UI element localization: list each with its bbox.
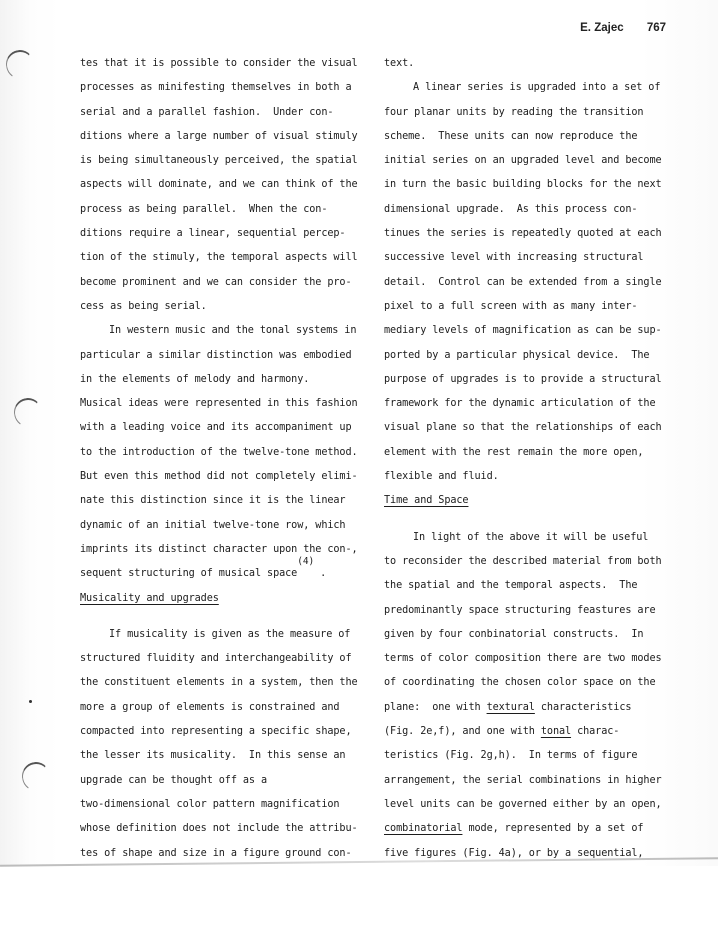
header-author: E. Zajec: [580, 22, 623, 34]
text-span: mode, represented by a set of: [462, 823, 643, 834]
text-line: In light of the above it will be useful: [384, 526, 684, 550]
text-line: two-dimensional color pattern magnificat…: [80, 793, 380, 817]
text-line: with a leading voice and its accompanime…: [80, 416, 380, 440]
text-line: cess as being serial.: [80, 295, 380, 319]
text-span: (Fig. 2e,f), and one with: [384, 726, 541, 737]
text-line: teristics (Fig. 2g,h). In terms of figur…: [384, 744, 684, 768]
text-line: But even this method did not completely …: [80, 465, 380, 489]
text-line: pixel to a full screen with as many inte…: [384, 295, 684, 319]
text-line: terms of color composition there are two…: [384, 647, 684, 671]
text-line: in the elements of melody and harmony.: [80, 368, 380, 392]
text-line: combinatorial mode, represented by a set…: [384, 817, 684, 841]
section-heading: Musicality and upgrades: [80, 587, 380, 611]
footnote-reference: (4): [297, 556, 314, 567]
text-line: of coordinating the chosen color space o…: [384, 671, 684, 695]
text-line: element with the rest remain the more op…: [384, 441, 684, 465]
text-line: imprints its distinct character upon the…: [80, 538, 380, 562]
text-line: flexible and fluid.: [384, 465, 684, 489]
spacer: [384, 514, 684, 526]
text-line: whose definition does not include the at…: [80, 817, 380, 841]
text-line: is being simultaneously perceived, the s…: [80, 149, 380, 173]
text-line: arrangement, the serial combinations in …: [384, 769, 684, 793]
text-line: more a group of elements is constrained …: [80, 696, 380, 720]
text-line: in turn the basic building blocks for th…: [384, 173, 684, 197]
running-header: E. Zajec 767: [580, 22, 666, 34]
text-line: successive level with increasing structu…: [384, 246, 684, 270]
paragraph: In western music and the tonal systems i…: [80, 319, 380, 586]
text-line: aspects will dominate, and we can think …: [80, 173, 380, 197]
text-line: tes that it is possible to consider the …: [80, 52, 380, 76]
text-line: Musical ideas were represented in this f…: [80, 392, 380, 416]
text-line: purpose of upgrades is to provide a stru…: [384, 368, 684, 392]
page-number: 767: [647, 22, 666, 34]
text-span: plane: one with: [384, 702, 487, 713]
text-line: to the introduction of the twelve-tone m…: [80, 441, 380, 465]
text-line: to reconsider the described material fro…: [384, 550, 684, 574]
text-line: processes as minifesting themselves in b…: [80, 76, 380, 100]
text-line: dynamic of an initial twelve-tone row, w…: [80, 514, 380, 538]
text-line: tinues the series is repeatedly quoted a…: [384, 222, 684, 246]
emphasis-underlined: combinatorial: [384, 823, 462, 834]
text-line: tion of the stimuly, the temporal aspect…: [80, 246, 380, 270]
text-line: upgrade can be thought off as a: [80, 769, 380, 793]
text-span: sequent structuring of musical space: [80, 568, 297, 579]
paragraph: In light of the above it will be useful …: [384, 526, 684, 866]
text-line: scheme. These units can now reproduce th…: [384, 125, 684, 149]
text-span: charac-: [571, 726, 619, 737]
text-line: text.: [384, 52, 684, 76]
text-line: mediary levels of magnification as can b…: [384, 319, 684, 343]
speck-mark: [29, 700, 32, 703]
section-heading-text: Time and Space: [384, 495, 468, 506]
text-line: In western music and the tonal systems i…: [80, 319, 380, 343]
text-span: characteristics: [535, 702, 632, 713]
text-line: compacted into representing a specific s…: [80, 720, 380, 744]
text-line: initial series on an upgraded level and …: [384, 149, 684, 173]
text-line: ditions where a large number of visual s…: [80, 125, 380, 149]
text-line: process as being parallel. When the con-: [80, 198, 380, 222]
text-line: the spatial and the temporal aspects. Th…: [384, 574, 684, 598]
text-line: the lesser its musicality. In this sense…: [80, 744, 380, 768]
text-line: structured fluidity and interchangeabili…: [80, 647, 380, 671]
section-heading: Time and Space: [384, 489, 684, 513]
left-column: tes that it is possible to consider the …: [80, 52, 380, 866]
text-line: nate this distinction since it is the li…: [80, 489, 380, 513]
text-line: given by four conbinatorial constructs. …: [384, 623, 684, 647]
text-line: A linear series is upgraded into a set o…: [384, 76, 684, 100]
paragraph: A linear series is upgraded into a set o…: [384, 76, 684, 489]
text-line: become prominent and we can consider the…: [80, 271, 380, 295]
text-line: predominantly space structuring feasture…: [384, 599, 684, 623]
text-line: ditions require a linear, sequential per…: [80, 222, 380, 246]
right-column: text. A linear series is upgraded into a…: [384, 52, 684, 866]
text-line: ported by a particular physical device. …: [384, 344, 684, 368]
page-bottom-margin: [0, 866, 718, 933]
spacer: [80, 611, 380, 623]
text-line: sequent structuring of musical space(4) …: [80, 562, 380, 586]
section-heading-text: Musicality and upgrades: [80, 593, 219, 604]
text-line: four planar units by reading the transit…: [384, 101, 684, 125]
text-line: framework for the dynamic articulation o…: [384, 392, 684, 416]
text-line: (Fig. 2e,f), and one with tonal charac-: [384, 720, 684, 744]
text-line: the constituent elements in a system, th…: [80, 671, 380, 695]
emphasis-underlined: tonal: [541, 726, 571, 737]
paragraph: tes that it is possible to consider the …: [80, 52, 380, 319]
text-line: detail. Control can be extended from a s…: [384, 271, 684, 295]
text-line: If musicality is given as the measure of: [80, 623, 380, 647]
text-line: serial and a parallel fashion. Under con…: [80, 101, 380, 125]
emphasis-underlined: textural: [487, 702, 535, 713]
text-line: dimensional upgrade. As this process con…: [384, 198, 684, 222]
paragraph: If musicality is given as the measure of…: [80, 623, 380, 866]
text-line: particular a similar distinction was emb…: [80, 344, 380, 368]
text-line: visual plane so that the relationships o…: [384, 416, 684, 440]
text-span: .: [314, 568, 326, 579]
text-line: plane: one with textural characteristics: [384, 696, 684, 720]
text-line: level units can be governed either by an…: [384, 793, 684, 817]
